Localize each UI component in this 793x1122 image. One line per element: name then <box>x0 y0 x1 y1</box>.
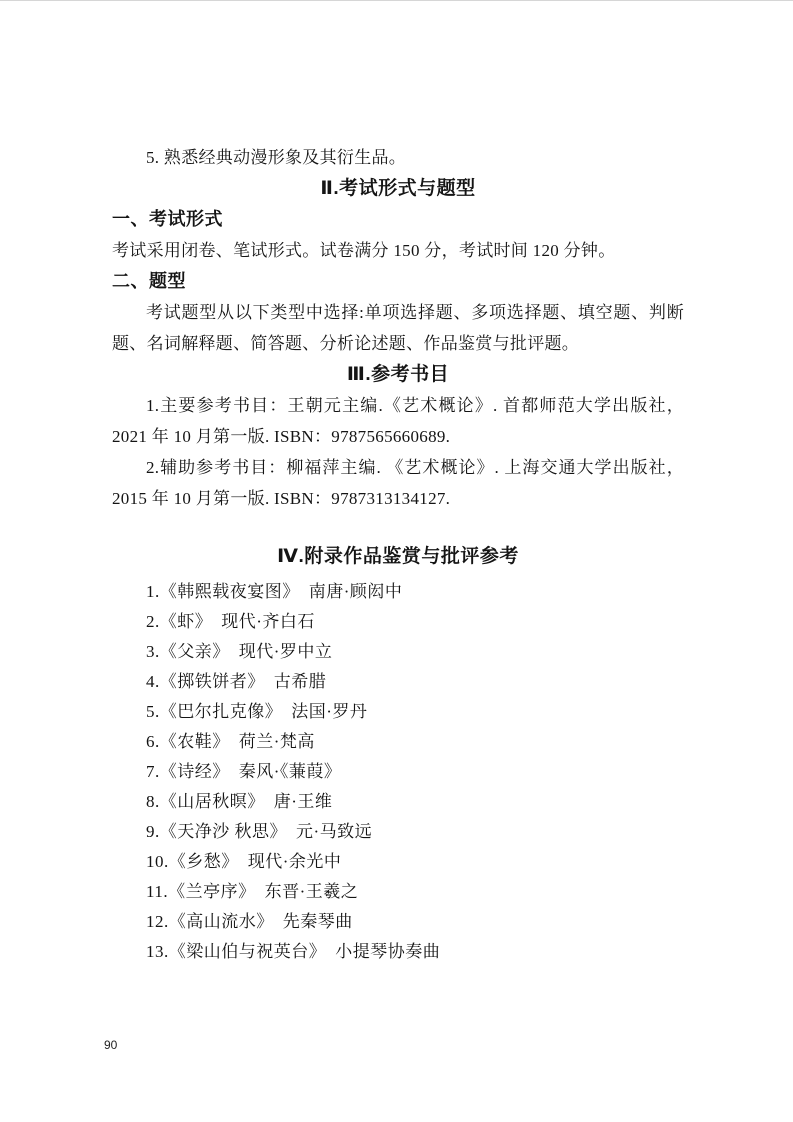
exam-format-text: 考试采用闭卷、笔试形式。试卷满分 150 分，考试时间 120 分钟。 <box>112 235 684 266</box>
exam-format-heading: 一、考试形式 <box>112 204 684 235</box>
question-types-text: 考试题型从以下类型中选择:单项选择题、多项选择题、填空题、判断题、名词解释题、简… <box>112 297 684 359</box>
page-content: 5. 熟悉经典动漫形象及其衍生品。 Ⅱ.考试形式与题型 一、考试形式 考试采用闭… <box>112 142 684 967</box>
work-item-7: 7.《诗经》 秦风·《蒹葭》 <box>112 757 684 787</box>
section-3-title: Ⅲ.参考书目 <box>112 359 684 390</box>
work-item-13: 13.《梁山伯与祝英台》 小提琴协奏曲 <box>112 937 684 967</box>
page-number: 90 <box>104 1038 117 1052</box>
work-item-3: 3.《父亲》 现代·罗中立 <box>112 637 684 667</box>
work-item-10: 10.《乡愁》 现代·余光中 <box>112 847 684 877</box>
objectives-item-5: 5. 熟悉经典动漫形象及其衍生品。 <box>112 142 684 173</box>
work-item-9: 9.《天净沙 秋思》 元·马致远 <box>112 817 684 847</box>
section-4-title: Ⅳ.附录作品鉴赏与批评参考 <box>112 541 684 572</box>
work-item-5: 5.《巴尔扎克像》 法国·罗丹 <box>112 697 684 727</box>
question-types-heading: 二、题型 <box>112 266 684 297</box>
work-item-6: 6.《农鞋》 荷兰·梵高 <box>112 727 684 757</box>
reference-book-2: 2.辅助参考书目：柳福萍主编. 《艺术概论》. 上海交通大学出版社，2015 年… <box>112 452 684 514</box>
work-item-2: 2.《虾》 现代·齐白石 <box>112 607 684 637</box>
works-list: 1.《韩熙载夜宴图》 南唐·顾闳中 2.《虾》 现代·齐白石 3.《父亲》 现代… <box>112 577 684 967</box>
document-page: 5. 熟悉经典动漫形象及其衍生品。 Ⅱ.考试形式与题型 一、考试形式 考试采用闭… <box>0 0 793 1122</box>
section-2-title: Ⅱ.考试形式与题型 <box>112 173 684 204</box>
work-item-12: 12.《高山流水》 先秦琴曲 <box>112 907 684 937</box>
work-item-4: 4.《掷铁饼者》 古希腊 <box>112 667 684 697</box>
work-item-11: 11.《兰亭序》 东晋·王羲之 <box>112 877 684 907</box>
work-item-8: 8.《山居秋暝》 唐·王维 <box>112 787 684 817</box>
reference-book-1: 1.主要参考书目：王朝元主编.《艺术概论》. 首都师范大学出版社，2021 年 … <box>112 390 684 452</box>
work-item-1: 1.《韩熙载夜宴图》 南唐·顾闳中 <box>112 577 684 607</box>
